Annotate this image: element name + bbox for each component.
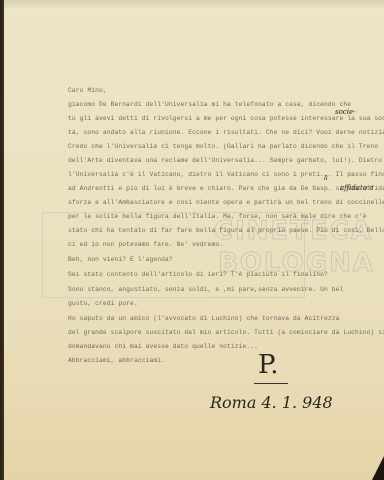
torn-corner bbox=[372, 456, 384, 480]
handwritten-correction: li bbox=[324, 175, 328, 182]
letter-line: dell'Arte diventava una reclame dell'Uni… bbox=[68, 157, 382, 164]
signature: P. bbox=[258, 350, 279, 380]
letter-line: Ho saputo da un amico (l'avvocato di Luc… bbox=[68, 315, 340, 322]
letter-line: gusto, credi pure. bbox=[68, 300, 138, 307]
letter-line: per le solite bella figura dell'Italia. … bbox=[68, 213, 367, 220]
handwritten-correction: affidato a bbox=[340, 184, 373, 192]
letter-line: del grande scalpore suscitato dal mio ar… bbox=[68, 329, 384, 336]
letter-line: ci ed io non potevamo fare. Ne' vedremo. bbox=[68, 241, 223, 248]
letter-page: CINETECA BOLOGNA Caro Mino, giacomo De B… bbox=[2, 0, 384, 480]
letter-line: giacomo De Bernardi dell'Universalia mi … bbox=[68, 101, 351, 108]
handwritten-correction: socie- bbox=[335, 108, 355, 116]
letter-line: Sono stanco, angustiato, senza soldi, e … bbox=[68, 286, 343, 293]
signature-underline bbox=[254, 383, 288, 384]
letter-line: tu gli avevi detti di rivolgersi a me pe… bbox=[68, 115, 384, 122]
place-date: Roma 4. 1. 948 bbox=[210, 393, 333, 412]
salutation: Caro Mino, bbox=[68, 87, 107, 94]
letter-line: l'Universalia c'è il Vaticano, dietro il… bbox=[68, 171, 384, 178]
letter-line: sforza e all'Ambasciatore e così niente … bbox=[68, 199, 384, 206]
letter-line: stato chi ha tentato di far fare bella f… bbox=[68, 227, 384, 234]
letter-line: Sei stato contento dell'articolo di ieri… bbox=[68, 271, 328, 278]
letter-line: Abbracciami, abbracciami. bbox=[68, 357, 165, 364]
letter-line: tà, sono andato alla riunione. Eccone i … bbox=[68, 129, 384, 136]
letter-line: ad Andreotti e più di lui è breve e chia… bbox=[68, 185, 384, 192]
letter-line: domandavano chi mai avesse dato quelle n… bbox=[68, 343, 258, 350]
letter-line: Credo che l'Universalia ci tenga molto. … bbox=[68, 143, 378, 150]
letter-line: Beh, non vieni? E l'agenda? bbox=[68, 256, 173, 263]
